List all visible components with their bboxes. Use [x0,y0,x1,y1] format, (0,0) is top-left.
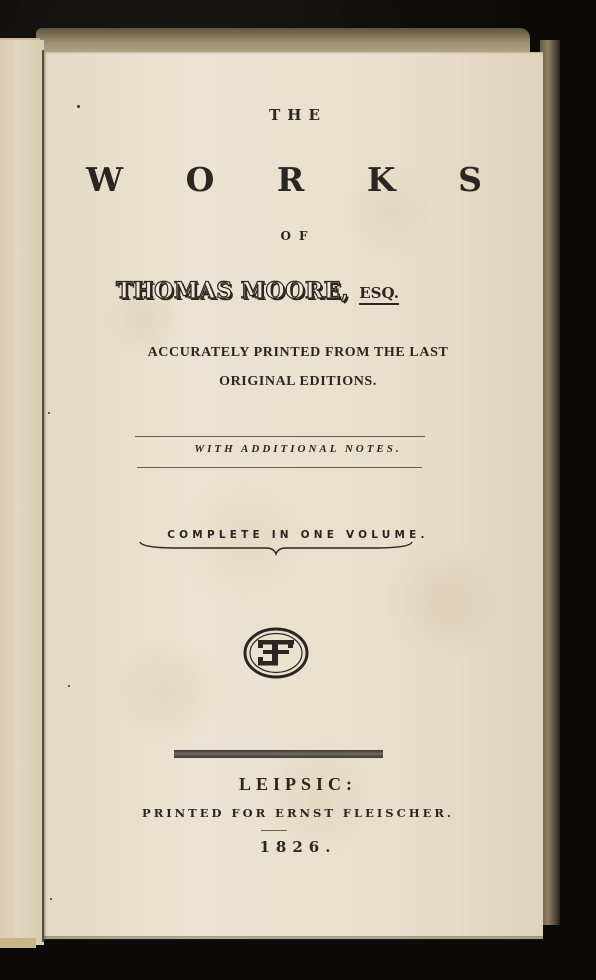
works-letter: K [367,160,396,200]
printer-mark-icon [243,627,309,679]
foxing-speck [50,898,52,900]
title-of: OF [0,229,596,243]
author-line: THOMAS MOORE, ESQ. [116,278,456,312]
printer-line: PRINTED FOR ERNST FLEISCHER. [0,806,596,820]
works-letter: R [277,160,304,200]
additional-notes: WITH ADDITIONAL NOTES. [0,443,596,455]
foxing-speck [68,685,70,687]
works-letter: O [186,160,215,200]
page-bottom-shadow [43,936,543,941]
works-letter: W [86,160,123,200]
subtitle-line-1: ACCURATELY PRINTED FROM THE LAST [0,345,596,361]
works-letter: S [458,160,482,200]
thick-divider-rule [174,750,383,758]
subtitle-line-2: ORIGINAL EDITIONS. [0,374,596,390]
title-the: THE [0,106,596,124]
divider-rule-top [135,436,425,437]
publication-place: LEIPSIC: [0,774,596,795]
page-stack-top-edge [36,28,530,54]
title-works: W O R K S [86,160,482,200]
author-suffix: ESQ. [359,284,399,305]
foxing-speck [48,412,50,414]
left-page-bottom-edge [0,938,36,948]
divider-rule-bottom [137,467,422,468]
short-divider-rule [261,830,287,831]
publication-year: 1826. [0,838,596,856]
author-name: THOMAS MOORE, [116,278,349,304]
curly-brace-ornament [138,540,414,556]
